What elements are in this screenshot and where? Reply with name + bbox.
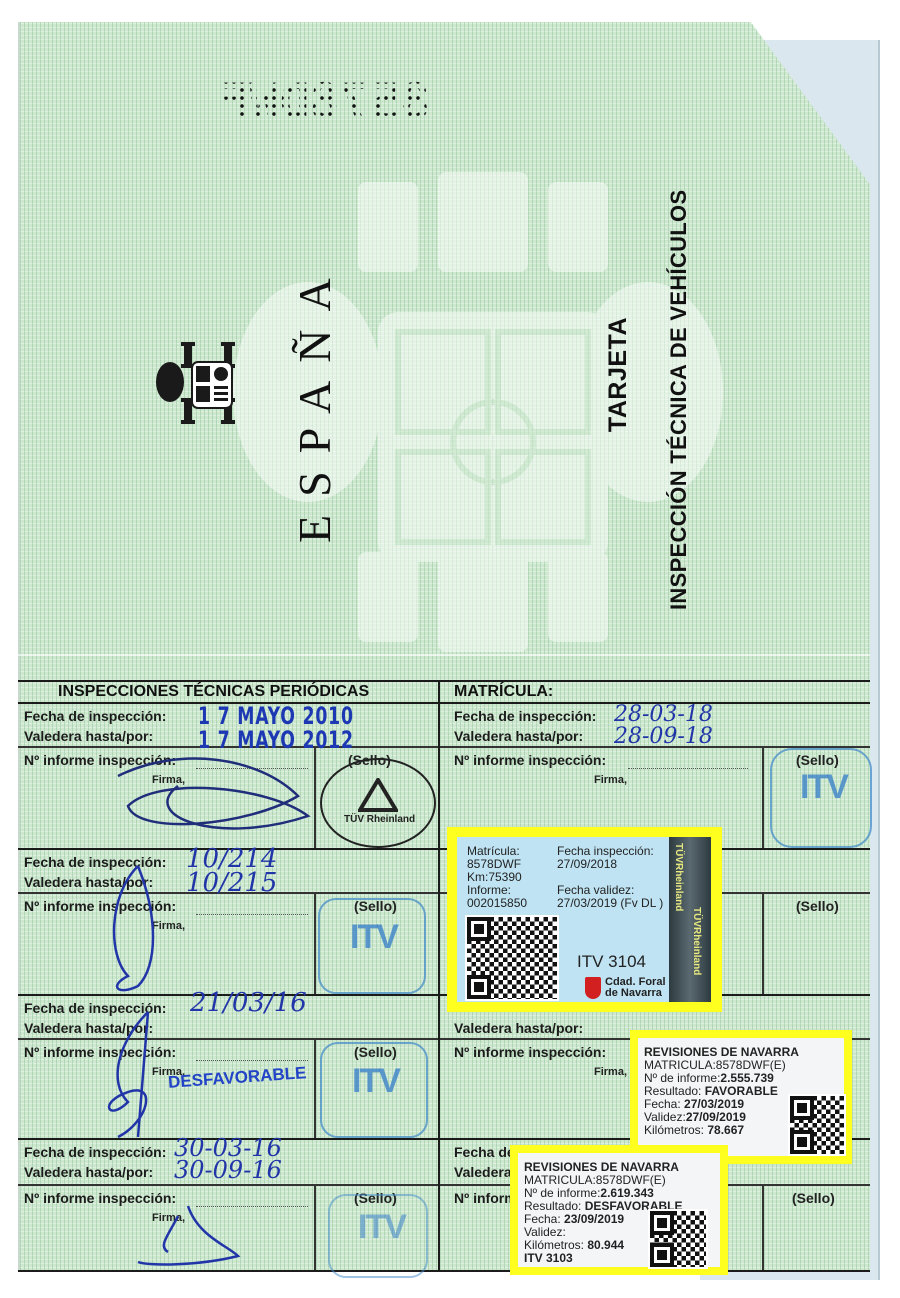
- plate-title: MATRÍCULA:: [454, 683, 553, 701]
- signature-scribble: [98, 856, 178, 996]
- station-id: ITV 3103: [524, 1252, 573, 1265]
- tuv-rheinland-stamp: TÜV Rheinland: [320, 758, 436, 848]
- periodic-inspections-title: INSPECCIONES TÉCNICAS PERIÓDICAS: [58, 683, 369, 701]
- grid-line: [18, 702, 870, 704]
- grid-cell-divider: [762, 746, 764, 848]
- report-value: 002015850: [467, 897, 527, 910]
- fold-line: [18, 654, 870, 656]
- country-title: ESPAÑA: [288, 252, 348, 552]
- valid-until-value: 28-09-18: [614, 724, 713, 749]
- perforated-plate-number: 8578DWF: [80, 70, 430, 134]
- qr-code-icon: [465, 915, 559, 1001]
- grid-line: [18, 680, 870, 682]
- inspection-date-value: 27/09/2018: [557, 858, 617, 871]
- sticker-body: Matrícula: 8578DWF Km:75390 Informe: 002…: [457, 837, 669, 1002]
- valid-until-label: Valedera hasta/por:: [454, 728, 583, 744]
- grid-cell-divider: [314, 1184, 316, 1270]
- itv-logo-icon: ITV: [800, 768, 847, 807]
- signature-label: Firma,: [594, 1066, 627, 1078]
- grid-column-divider: [438, 680, 440, 1270]
- grid-line: [18, 1184, 870, 1186]
- tuv-triangle-icon: [358, 778, 398, 812]
- valid-until-value: 10/215: [186, 868, 277, 898]
- inspection-grid: INSPECCIONES TÉCNICAS PERIÓDICAS MATRÍCU…: [18, 676, 870, 1272]
- seal-label: (Sello): [796, 898, 839, 914]
- itv-logo-icon: ITV: [358, 1208, 405, 1247]
- itv-stamp: ITV: [318, 898, 426, 994]
- sticker-body: REVISIONES DE NAVARRA MATRICULA:8578DWF(…: [638, 1038, 844, 1156]
- valid-until-value: 30-09-16: [174, 1156, 282, 1184]
- itv-sticker-unfavorable: REVISIONES DE NAVARRA MATRICULA:8578DWF(…: [510, 1145, 728, 1275]
- stamp-text: TÜV Rheinland: [344, 814, 415, 825]
- signature-scribble: [98, 736, 318, 846]
- itv-logo-icon: ITV: [350, 918, 397, 957]
- itv-sticker-2018: Matrícula: 8578DWF Km:75390 Informe: 002…: [447, 827, 722, 1012]
- mileage-row: Kilómetros: 78.667: [644, 1124, 744, 1137]
- report-number-label: Nº informe inspección:: [454, 1044, 606, 1060]
- valid-until-label: Valedera hasta/por:: [454, 1020, 583, 1036]
- grid-cell-divider: [314, 892, 316, 994]
- inspection-date-label: Fecha de inspección:: [24, 708, 166, 724]
- report-number-field: [196, 1060, 308, 1061]
- inspection-date-label: Fecha de inspección:: [24, 1144, 166, 1160]
- signature-scribble: [118, 1196, 258, 1272]
- hologram-strip: TÜVRheinland TÜVRheinland: [669, 837, 711, 1002]
- signature-label: Firma,: [594, 774, 627, 786]
- inspection-date-label: Fecha de inspección:: [454, 708, 596, 724]
- report-number-label: Nº informe inspección:: [454, 752, 606, 768]
- card-title: INSPECCIÓN TÉCNICA DE VEHÍCULOS: [666, 160, 692, 610]
- card-type-label: TARJETA: [604, 317, 633, 432]
- coat-of-arms-icon: [154, 338, 244, 428]
- qr-code-icon: [648, 1209, 708, 1269]
- station-id: ITV 3104: [577, 953, 646, 971]
- valid-until-label: Valedera hasta/por:: [24, 1164, 153, 1180]
- authority-line-2: de Navarra: [605, 988, 662, 999]
- inspection-date-value: 21/03/16: [190, 988, 307, 1018]
- signature-scribble: [88, 1002, 198, 1142]
- itv-stamp: ITV: [320, 1042, 428, 1138]
- grid-cell-divider: [762, 892, 764, 994]
- report-number-field: [628, 768, 748, 769]
- sticker-body: REVISIONES DE NAVARRA MATRICULA:8578DWF(…: [518, 1153, 720, 1267]
- itv-stamp: ITV: [328, 1194, 428, 1278]
- grid-cell-divider: [762, 1184, 764, 1270]
- seal-label: (Sello): [792, 1190, 835, 1206]
- validity-value: 27/03/2019 (Fv DL ): [557, 897, 663, 910]
- navarra-shield-icon: [585, 977, 601, 999]
- itv-stamp: ITV: [770, 748, 872, 848]
- grid-cell-divider: [314, 1038, 316, 1138]
- report-number-field: [196, 914, 308, 915]
- grid-line: [18, 848, 870, 850]
- itv-logo-icon: ITV: [352, 1062, 399, 1101]
- qr-code-icon: [788, 1094, 846, 1156]
- itv-sticker-favorable: REVISIONES DE NAVARRA MATRICULA:8578DWF(…: [630, 1030, 852, 1164]
